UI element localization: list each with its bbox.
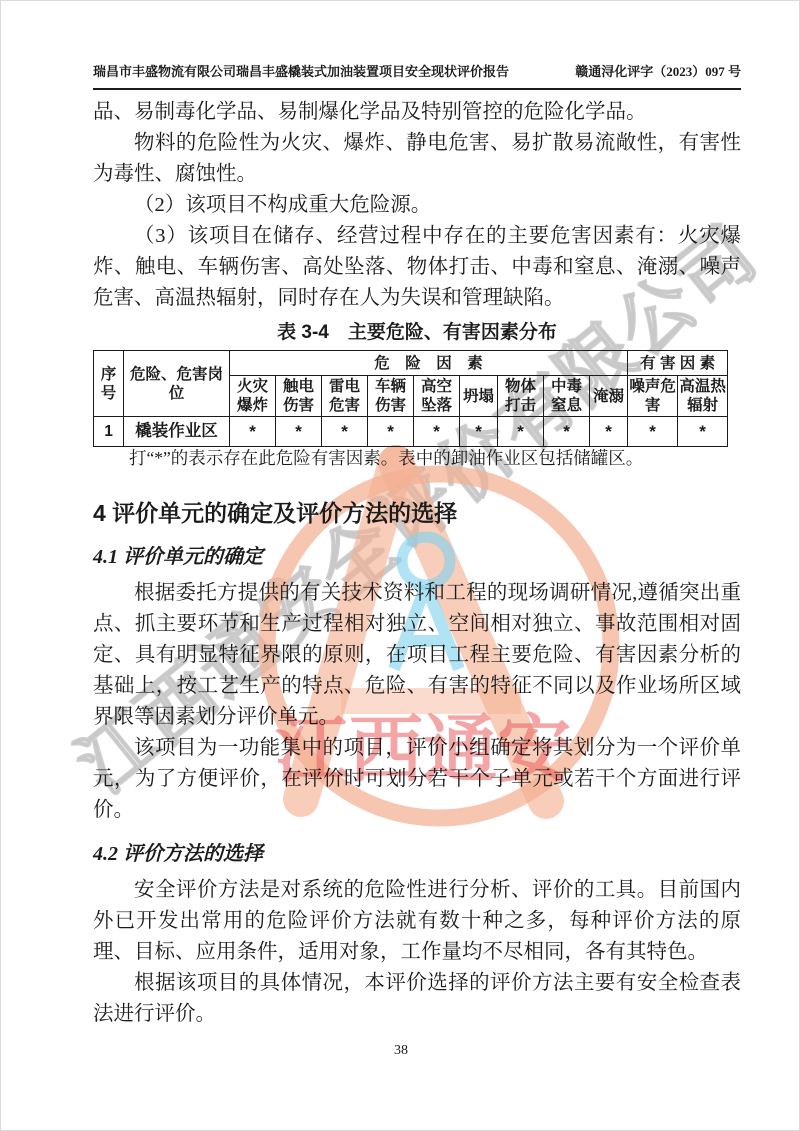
table-header-group-row: 序号 危险、危害岗位 危 险 因 素 有 害 因 素 — [94, 351, 728, 376]
cell-mark: * — [414, 417, 460, 447]
col-header: 高空坠落 — [414, 376, 460, 417]
col-header: 雷电危害 — [322, 376, 368, 417]
col-header: 触电伤害 — [276, 376, 322, 417]
paragraph: 该项目为一功能集中的项目，评价小组确定将其划分为一个评价单元，为了方便评价，在评… — [93, 733, 741, 826]
paragraph: （3）该项目在储存、经营过程中存在的主要危害因素有：火灾爆炸、触电、车辆伤害、高… — [93, 221, 741, 314]
col-header: 坍塌 — [460, 376, 498, 417]
page-header: 瑞昌市丰盛物流有限公司瑞昌丰盛橇装式加油装置项目安全现状评价报告 赣通浔化评字（… — [93, 63, 741, 90]
col-header: 物体打击 — [498, 376, 544, 417]
hazard-factor-table: 序号 危险、危害岗位 危 险 因 素 有 害 因 素 火灾爆炸 触电伤害 雷电危… — [93, 350, 728, 447]
paragraph: （2）该项目不构成重大危险源。 — [93, 190, 741, 221]
paragraph: 品、易制毒化学品、易制爆化学品及特别管控的危险化学品。 — [93, 97, 741, 128]
table-row: 1 橇装作业区 * * * * * * * * * * * — [94, 417, 728, 447]
cell-mark: * — [628, 417, 678, 447]
paragraph: 安全评价方法是对系统的危险性进行分析、评价的工具。目前国内外已开发出常用的危险评… — [93, 875, 741, 968]
cell-seq: 1 — [94, 417, 124, 447]
paragraph: 根据委托方提供的有关技术资料和工程的现场调研情况,遵循突出重点、抓主要环节和生产… — [93, 578, 741, 733]
cell-mark: * — [276, 417, 322, 447]
col-header: 高温热辐射 — [678, 376, 728, 417]
col-header: 火灾爆炸 — [230, 376, 276, 417]
cell-mark: * — [230, 417, 276, 447]
col-header: 车辆伤害 — [368, 376, 414, 417]
cell-mark: * — [498, 417, 544, 447]
section-heading-4-1: 4.1 评价单元的确定 — [93, 543, 741, 571]
cell-mark: * — [544, 417, 590, 447]
cell-post: 橇装作业区 — [124, 417, 230, 447]
cell-mark: * — [678, 417, 728, 447]
col-header-seq: 序号 — [94, 351, 124, 417]
col-header: 淹溺 — [590, 376, 628, 417]
cell-mark: * — [460, 417, 498, 447]
section-heading-4: 4 评价单元的确定及评价方法的选择 — [93, 497, 741, 529]
table-note: 打“*”的表示存在此危险有害因素。表中的卸油作业区包括储罐区。 — [93, 447, 741, 470]
header-report-title: 瑞昌市丰盛物流有限公司瑞昌丰盛橇装式加油装置项目安全现状评价报告 — [93, 63, 509, 81]
table-caption: 表 3-4 主要危险、有害因素分布 — [93, 321, 741, 345]
section-heading-4-2: 4.2 评价方法的选择 — [93, 840, 741, 868]
col-group-harm: 有 害 因 素 — [628, 351, 728, 376]
col-header: 中毒窒息 — [544, 376, 590, 417]
page-number: 38 — [394, 1043, 408, 1058]
cell-mark: * — [322, 417, 368, 447]
header-doc-number: 赣通浔化评字（2023）097 号 — [575, 63, 741, 81]
document-page: 江西通安全评价有限公司 江西通安 瑞昌市丰盛物流有限公司瑞昌丰盛橇装式加油装置项… — [0, 0, 800, 1131]
col-header-post: 危险、危害岗位 — [124, 351, 230, 417]
col-group-danger: 危 险 因 素 — [230, 351, 628, 376]
paragraph: 根据该项目的具体情况，本评价选择的评价方法主要有安全检查表法进行评价。 — [93, 968, 741, 1030]
page-footer: 38 — [1, 1043, 800, 1059]
main-content: 品、易制毒化学品、易制爆化学品及特别管控的危险化学品。 物料的危险性为火灾、爆炸… — [93, 97, 741, 1030]
cell-mark: * — [590, 417, 628, 447]
cell-mark: * — [368, 417, 414, 447]
paragraph: 物料的危险性为火灾、爆炸、静电危害、易扩散易流敞性，有害性为毒性、腐蚀性。 — [93, 128, 741, 190]
col-header: 噪声危害 — [628, 376, 678, 417]
